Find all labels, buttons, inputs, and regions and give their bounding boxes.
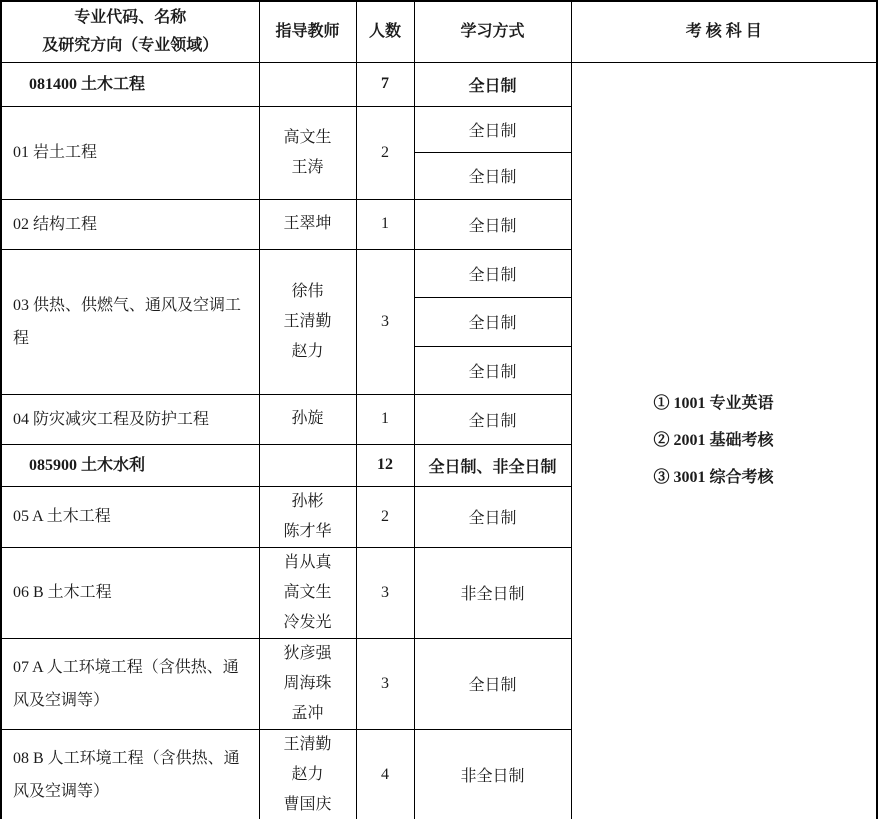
- count-cell: 2: [356, 486, 414, 547]
- advisors-cell: 高文生 王涛: [259, 106, 356, 199]
- count-cell: 4: [356, 729, 414, 819]
- major-name-cell: 06 B 土木工程: [1, 547, 259, 638]
- count-cell: 1: [356, 394, 414, 444]
- admissions-table: 专业代码、名称 及研究方向（专业领域） 指导教师 人数 学习方式 考 核 科 目…: [0, 0, 878, 819]
- table-header-row: 专业代码、名称 及研究方向（专业领域） 指导教师 人数 学习方式 考 核 科 目: [1, 1, 877, 62]
- study-mode-cell: 全日制: [414, 106, 571, 152]
- study-mode-cell: 非全日制: [414, 729, 571, 819]
- exam-subject-item: ① 1001 专业英语: [654, 395, 877, 413]
- count-cell: 2: [356, 106, 414, 199]
- advisor-name: 狄彦强: [260, 639, 356, 669]
- advisors-cell: 肖从真 高文生 冷发光: [259, 547, 356, 638]
- advisor-name: 陈才华: [260, 517, 356, 547]
- advisors-cell: 王翠坤: [259, 199, 356, 249]
- header-count: 人数: [356, 1, 414, 62]
- study-mode-cell: 全日制: [414, 249, 571, 297]
- advisor-name: 王涛: [260, 153, 356, 183]
- header-major-line2: 及研究方向（专业领域）: [2, 32, 259, 60]
- advisor-name: 赵力: [260, 337, 356, 367]
- advisor-name: 王清勤: [260, 730, 356, 760]
- advisors-cell: 狄彦强 周海珠 孟冲: [259, 638, 356, 729]
- study-mode-cell: 非全日制: [414, 547, 571, 638]
- major-name-cell: 081400 土木工程: [1, 62, 259, 106]
- advisor-name: 冷发光: [260, 608, 356, 638]
- advisor-name: 周海珠: [260, 669, 356, 699]
- advisor-name: 肖从真: [260, 548, 356, 578]
- advisor-name: 徐伟: [260, 277, 356, 307]
- study-mode-cell: 全日制: [414, 346, 571, 394]
- advisor-name: 曹国庆: [260, 790, 356, 819]
- study-mode-cell: 全日制、非全日制: [414, 444, 571, 486]
- study-mode-cell: 全日制: [414, 199, 571, 249]
- advisor-name: 孙彬: [260, 487, 356, 517]
- count-cell: 1: [356, 199, 414, 249]
- document-page: 专业代码、名称 及研究方向（专业领域） 指导教师 人数 学习方式 考 核 科 目…: [0, 0, 880, 819]
- count-cell: 3: [356, 547, 414, 638]
- header-major-line1: 专业代码、名称: [2, 4, 259, 32]
- header-exam: 考 核 科 目: [571, 1, 877, 62]
- advisor-name: 赵力: [260, 760, 356, 790]
- advisor-name: 高文生: [260, 578, 356, 608]
- major-name-cell: 04 防灾减灾工程及防护工程: [1, 394, 259, 444]
- advisors-cell: [259, 62, 356, 106]
- advisors-cell: 孙旋: [259, 394, 356, 444]
- count-cell: 3: [356, 638, 414, 729]
- advisors-cell: 王清勤 赵力 曹国庆: [259, 729, 356, 819]
- advisor-name: 孟冲: [260, 699, 356, 729]
- count-cell: 7: [356, 62, 414, 106]
- study-mode-cell: 全日制: [414, 394, 571, 444]
- header-major: 专业代码、名称 及研究方向（专业领域）: [1, 1, 259, 62]
- study-mode-cell: 全日制: [414, 152, 571, 199]
- major-name-cell: 01 岩土工程: [1, 106, 259, 199]
- advisor-name: 高文生: [260, 123, 356, 153]
- study-mode-cell: 全日制: [414, 486, 571, 547]
- advisor-name: 孙旋: [260, 404, 356, 434]
- header-advisor: 指导教师: [259, 1, 356, 62]
- major-name-cell: 07 A 人工环境工程（含供热、通风及空调等）: [1, 638, 259, 729]
- major-name-cell: 03 供热、供燃气、通风及空调工程: [1, 249, 259, 394]
- study-mode-cell: 全日制: [414, 297, 571, 346]
- major-name-cell: 085900 土木水利: [1, 444, 259, 486]
- count-cell: 12: [356, 444, 414, 486]
- exam-subject-item: ③ 3001 综合考核: [654, 469, 877, 487]
- study-mode-cell: 全日制: [414, 638, 571, 729]
- advisors-cell: 孙彬 陈才华: [259, 486, 356, 547]
- table-row-group-081400: 081400 土木工程 7 全日制 ① 1001 专业英语 ② 2001 基础考…: [1, 62, 877, 106]
- advisors-cell: [259, 444, 356, 486]
- major-name-cell: 08 B 人工环境工程（含供热、通风及空调等）: [1, 729, 259, 819]
- study-mode-cell: 全日制: [414, 62, 571, 106]
- count-cell: 3: [356, 249, 414, 394]
- exam-subjects-cell: ① 1001 专业英语 ② 2001 基础考核 ③ 3001 综合考核: [571, 62, 877, 819]
- major-name-cell: 02 结构工程: [1, 199, 259, 249]
- advisor-name: 王清勤: [260, 307, 356, 337]
- header-mode: 学习方式: [414, 1, 571, 62]
- advisors-cell: 徐伟 王清勤 赵力: [259, 249, 356, 394]
- major-name-cell: 05 A 土木工程: [1, 486, 259, 547]
- exam-subject-item: ② 2001 基础考核: [654, 432, 877, 450]
- advisor-name: 王翠坤: [260, 209, 356, 239]
